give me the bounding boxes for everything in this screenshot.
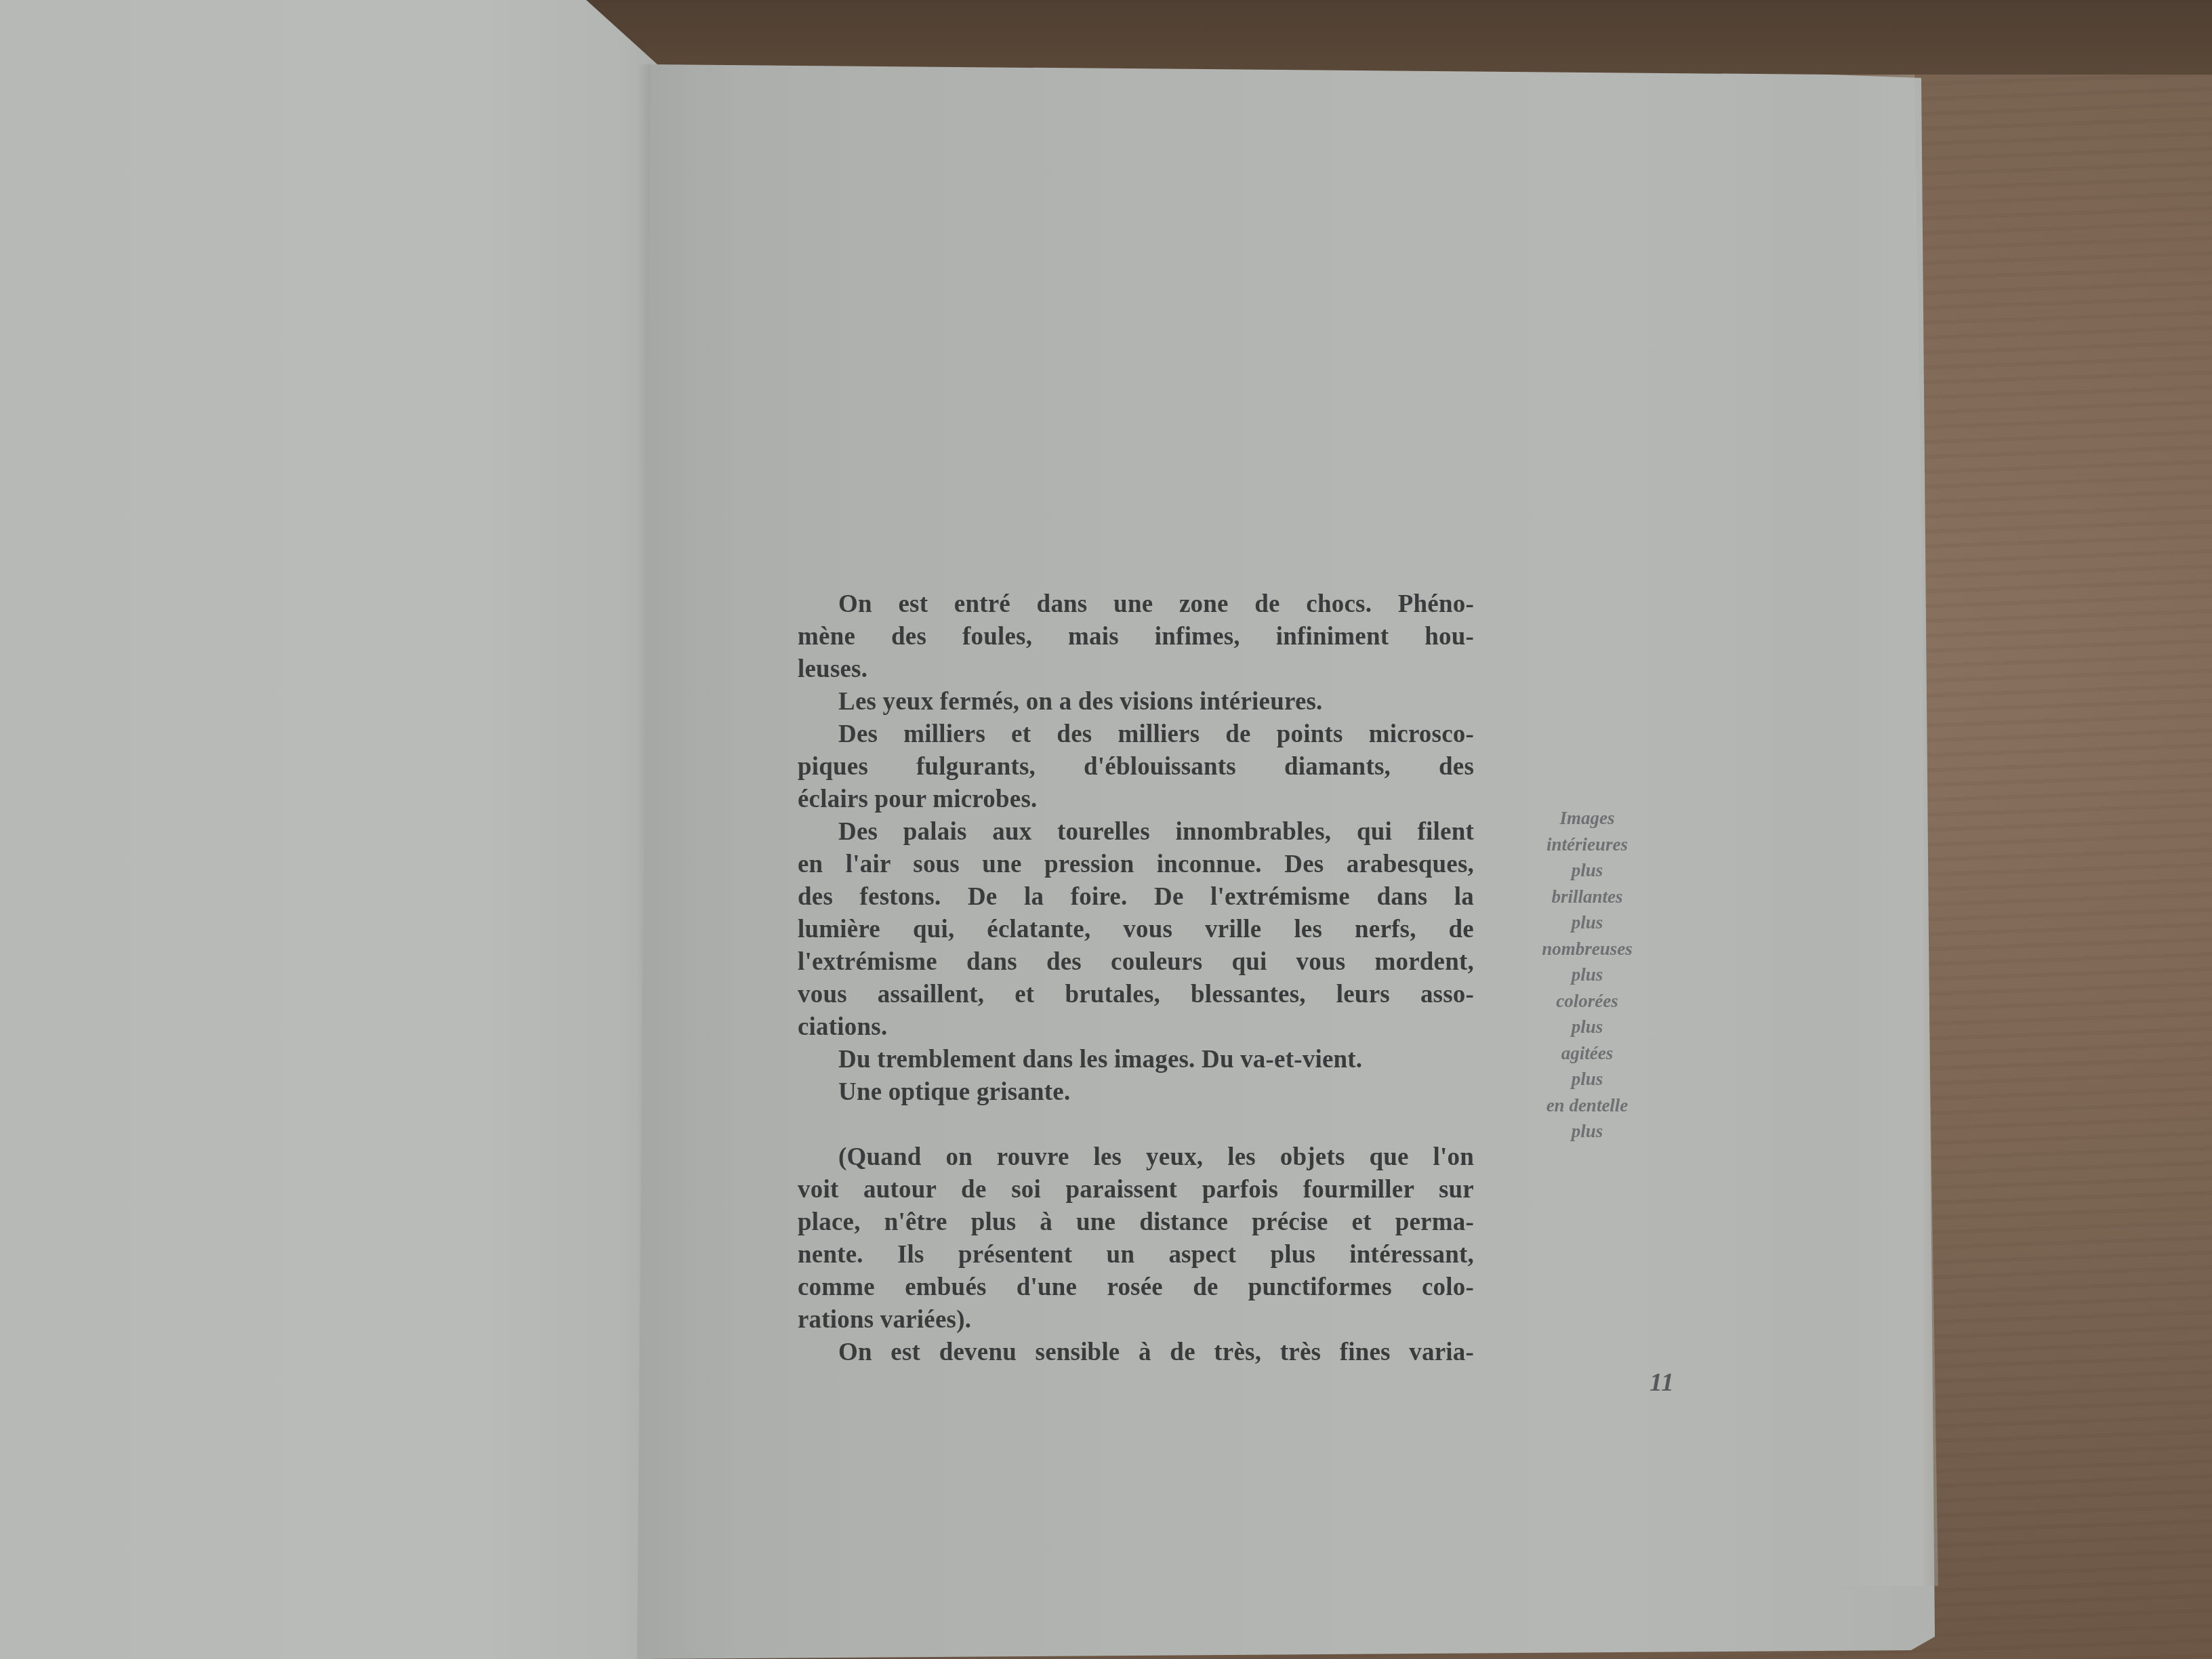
text-line: On est entré dans une zone de chocs. Phé… [798, 588, 1474, 621]
text-line: Des milliers et des milliers de points m… [798, 718, 1474, 751]
page-number: 11 [1650, 1368, 1674, 1397]
text-line: leuses. [798, 653, 1474, 686]
text-line: Des palais aux tourelles innombrables, q… [798, 816, 1474, 848]
margin-note-line: agitées [1513, 1040, 1662, 1067]
margin-note-line: plus [1513, 1014, 1662, 1040]
paragraph-gap [798, 1109, 1474, 1141]
text-line: des festons. De la foire. De l'extrémism… [798, 881, 1474, 914]
text-line: en l'air sous une pression inconnue. Des… [798, 848, 1474, 881]
text-line: éclairs pour microbes. [798, 783, 1474, 816]
text-line: nente. Ils présentent un aspect plus int… [798, 1239, 1474, 1271]
text-line: l'extrémisme dans des couleurs qui vous … [798, 946, 1474, 979]
margin-note-line: intérieures [1513, 832, 1662, 858]
margin-note-line: nombreuses [1513, 936, 1662, 962]
margin-note-line: plus [1513, 1066, 1662, 1092]
margin-note-line: brillantes [1513, 884, 1662, 910]
text-line: voit autour de soi paraissent parfois fo… [798, 1174, 1474, 1206]
text-line: place, n'être plus à une distance précis… [798, 1206, 1474, 1239]
margin-note-line: plus [1513, 1118, 1662, 1145]
text-line: Une optique grisante. [798, 1076, 1474, 1109]
text-line: (Quand on rouvre les yeux, les objets qu… [798, 1141, 1474, 1174]
text-line: Du tremblement dans les images. Du va-et… [798, 1044, 1474, 1076]
text-line: piques fulgurants, d'éblouissants diaman… [798, 751, 1474, 783]
margin-note-line: en dentelle [1513, 1092, 1662, 1119]
margin-note-line: plus [1513, 909, 1662, 936]
margin-note-line: plus [1513, 962, 1662, 988]
text-line: mène des foules, mais infimes, infinimen… [798, 621, 1474, 653]
body-text-block: On est entré dans une zone de chocs. Phé… [798, 588, 1474, 1369]
text-line: On est devenu sensible à de très, très f… [798, 1336, 1474, 1369]
text-line: Les yeux fermés, on a des visions intéri… [798, 686, 1474, 718]
margin-note-line: Images [1513, 805, 1662, 832]
text-line: comme embués d'une rosée de punctiformes… [798, 1271, 1474, 1304]
margin-note-line: colorées [1513, 988, 1662, 1015]
text-line: ciations. [798, 1011, 1474, 1044]
margin-note: Images intérieures plus brillantes plus … [1513, 805, 1662, 1145]
text-line: rations variées). [798, 1304, 1474, 1336]
text-line: vous assaillent, et brutales, blessantes… [798, 979, 1474, 1011]
text-line: lumière qui, éclatante, vous vrille les … [798, 914, 1474, 946]
left-page-blank [0, 0, 678, 1659]
margin-note-line: plus [1513, 857, 1662, 884]
